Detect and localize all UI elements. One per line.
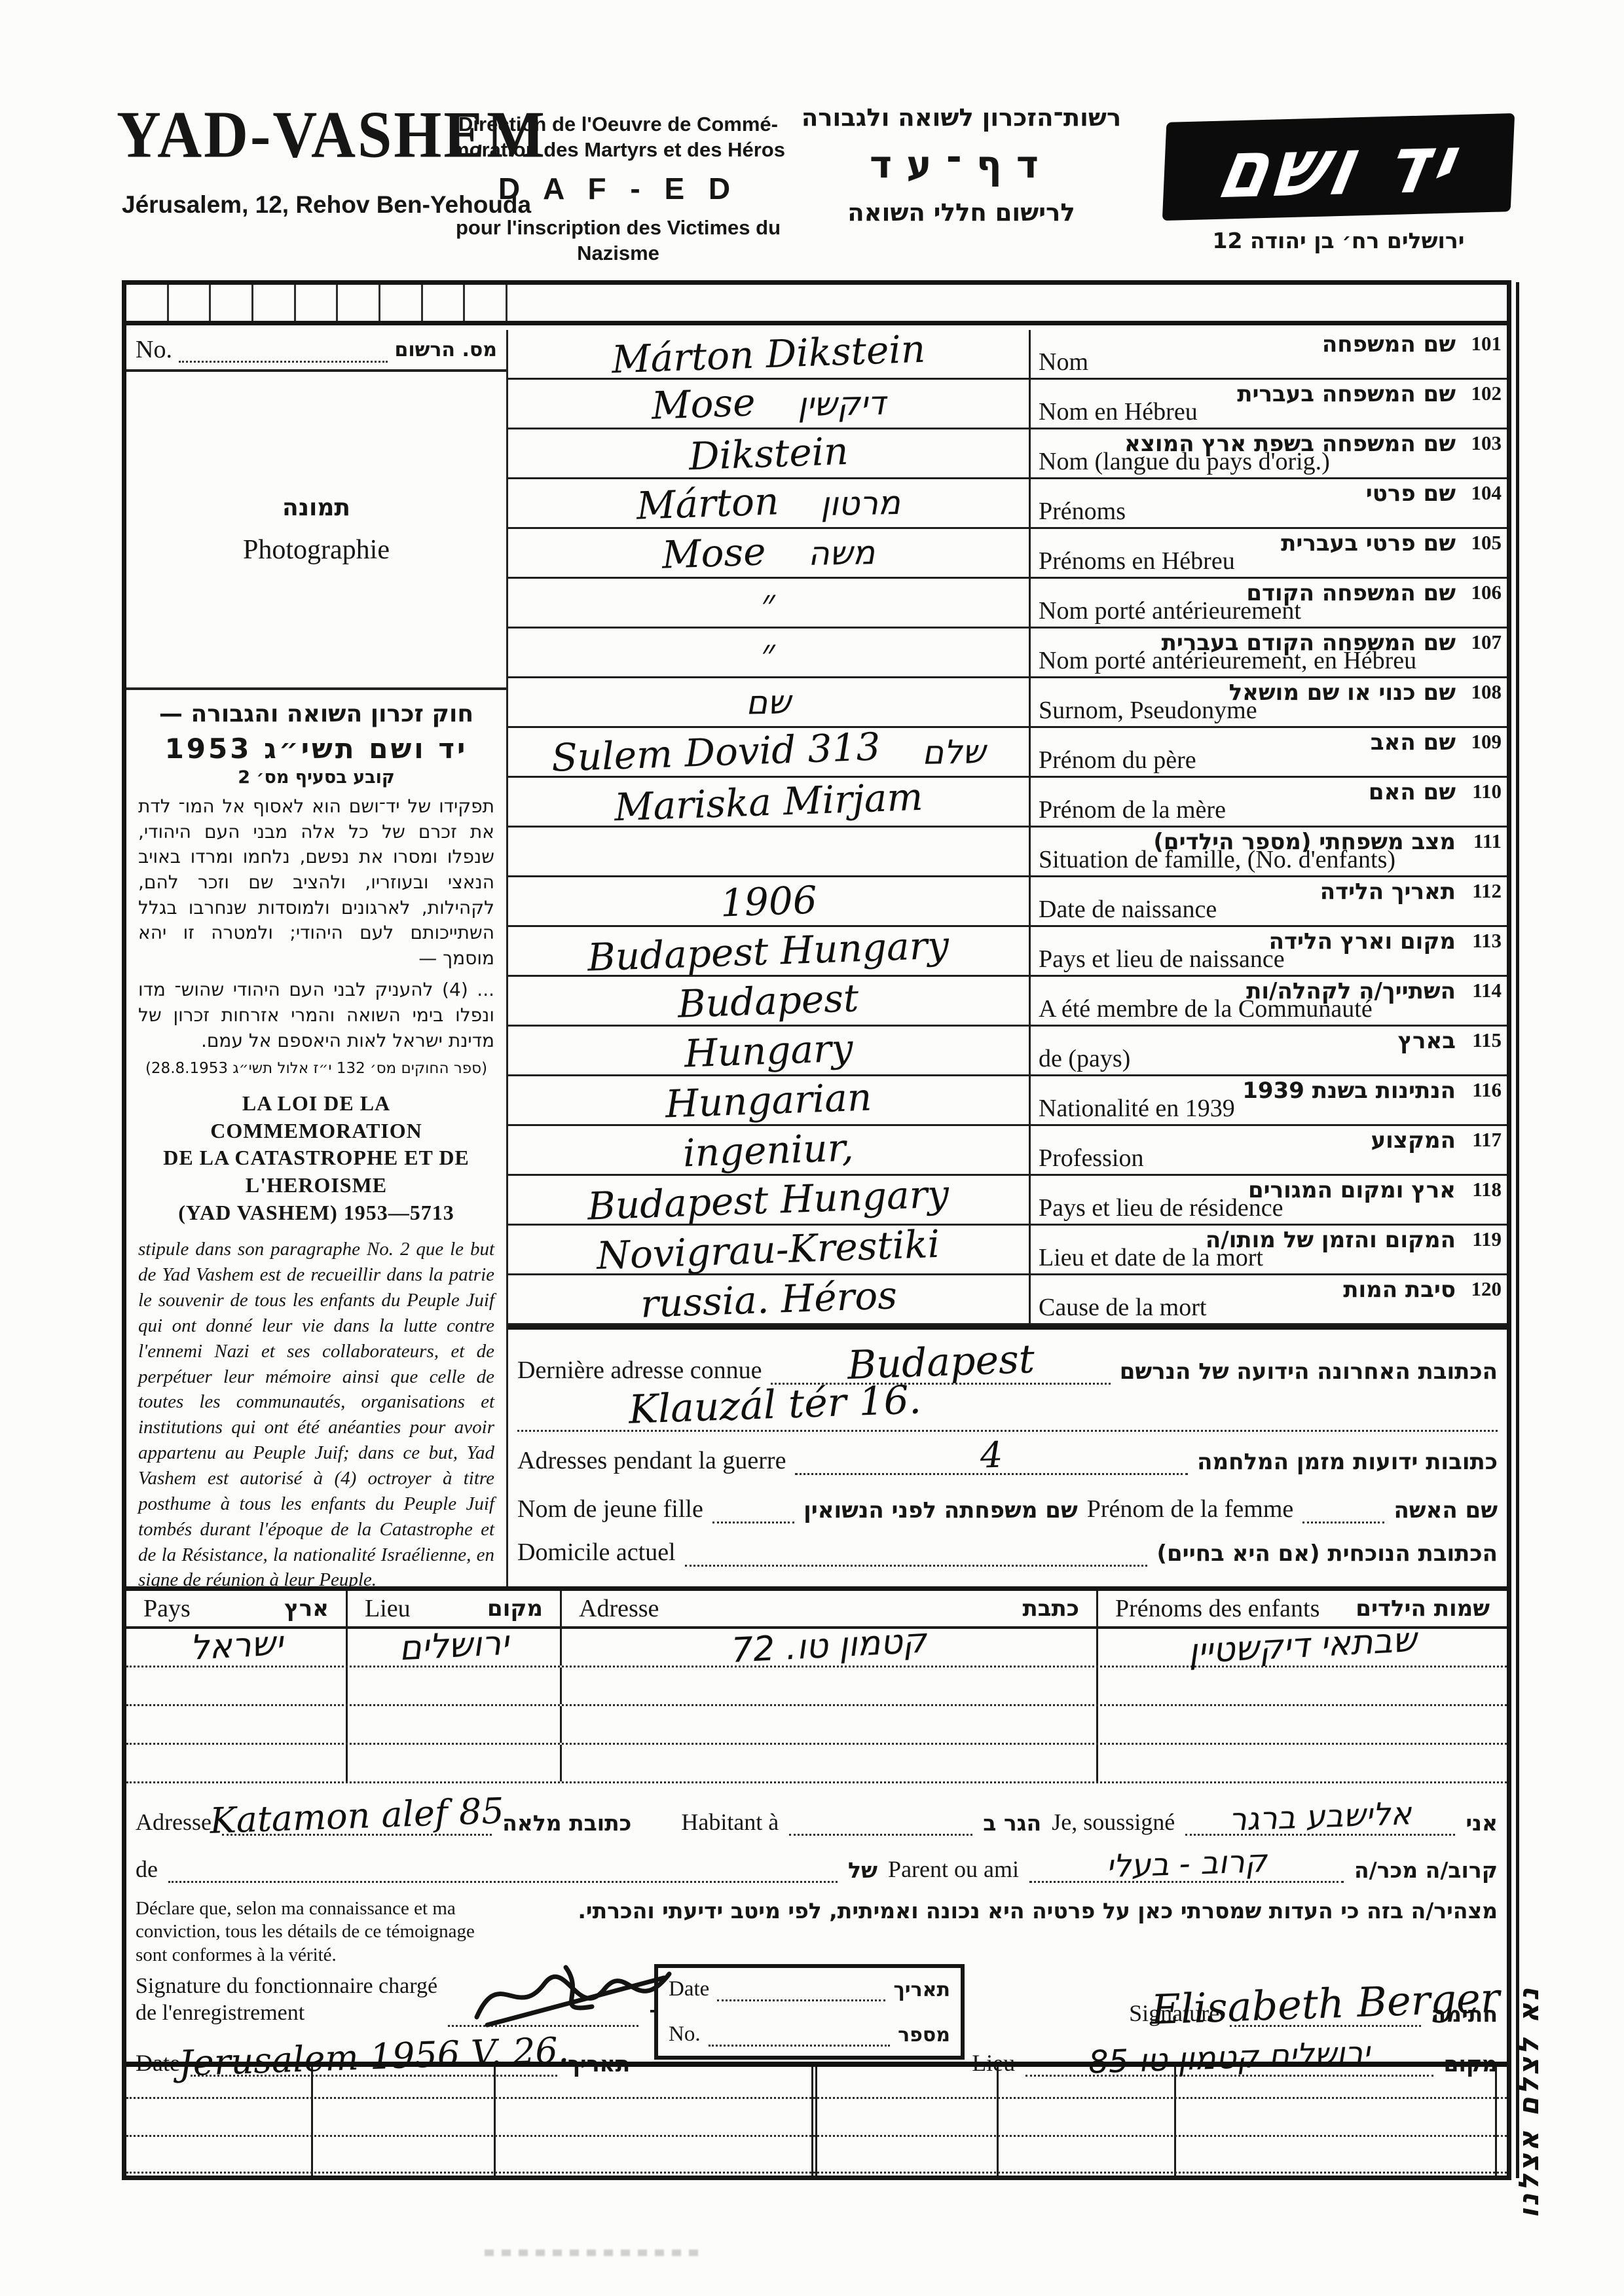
form-row: russia. Héros 120 סיבת המות Cause de la … (508, 1275, 1507, 1325)
row-value-area: ״ (508, 579, 1029, 627)
row-number: 106 (1471, 581, 1502, 604)
war-addresses-label-he: כתובות ידועות מזמן המלחמה (1197, 1449, 1498, 1475)
child-adresse-value: קטמון טו. 72 (731, 1621, 928, 1671)
form-row: Márton Dikstein 101 שם המשפחה Nom (508, 330, 1507, 380)
row-label-french: Surnom, Pseudonyme (1039, 696, 1257, 725)
row-labels: 103 שם המשפחה בשפת ארץ המוצא Nom (langue… (1029, 429, 1507, 477)
form-row: שם 108 שם כנוי או שם מושאל Surnom, Pseud… (508, 678, 1507, 728)
row-label-hebrew: שם האב (1371, 729, 1456, 756)
row-number: 118 (1472, 1178, 1502, 1201)
soussigne-label: Je, soussigné (1052, 1808, 1175, 1836)
row-label-hebrew: שם כנוי או שם מושאל (1229, 680, 1456, 706)
law-hebrew-title1: חוק זכרון השואה והגבורה — (138, 701, 494, 727)
war-addresses-label-fr: Adresses pendant la guerre (517, 1446, 786, 1475)
row-value-area: Dikstein (508, 429, 1029, 477)
date-field: Jerusalem 1956 V. 26. (191, 2049, 557, 2077)
hebrew-purpose-title: לרישום חללי השואה (798, 198, 1125, 227)
row-value-handwritten: Dikstein (688, 428, 849, 478)
row-labels: 107 שם המשפחה הקודם בעברית Nom porté ant… (1029, 629, 1507, 676)
row-labels: 119 המקום והזמן של מותו/ה Lieu et date d… (1029, 1226, 1507, 1273)
yad-vashem-logo: יד ושם (1162, 113, 1515, 221)
registry-box: Date תאריך No. מספר (654, 1964, 965, 2060)
row-value-area: russia. Héros (508, 1275, 1029, 1323)
war-addresses-value: 4 (980, 1434, 1004, 1476)
wife-name-label-fr: Prénom de la femme (1087, 1495, 1294, 1523)
row-label-french: Prénoms en Hébreu (1039, 547, 1235, 575)
domicile-label-he: הכתובת הנוכחית (אם היא בחיים) (1156, 1540, 1498, 1567)
form-row: Mariska Mirjam 110 שם האם Prénom de la m… (508, 778, 1507, 828)
row-value-area: Novigrau-Krestiki (508, 1226, 1029, 1273)
row-value-area: ingeniur, (508, 1126, 1029, 1174)
form-row: 111 מצב משפחתי (מספר הילדים) Situation d… (508, 828, 1507, 877)
row-value-area: Mose משה (508, 529, 1029, 577)
row-number: 102 (1471, 382, 1502, 405)
row-labels: 120 סיבת המות Cause de la mort (1029, 1275, 1507, 1323)
domicile-row: Domicile actuel הכתובת הנוכחית (אם היא ב… (517, 1538, 1498, 1567)
row-number: 101 (1471, 332, 1502, 355)
row-label-hebrew: סיבת המות (1343, 1277, 1456, 1303)
row-labels: 110 שם האם Prénom de la mère (1029, 778, 1507, 826)
row-label-hebrew: שם פרטי (1366, 481, 1456, 507)
side-note-handwritten: נא לצלם אצלנו (1513, 1986, 1545, 2189)
soussigne-value: אלישבע ברגר (1228, 1795, 1412, 1838)
photo-label-hebrew: תמונה (282, 494, 350, 521)
habitant-label: Habitant à (681, 1808, 779, 1836)
row-value-hebrew-handwritten: דיקשין (797, 384, 885, 423)
declarant-address-row: Adresse Katamon alef 85 כתובת מלאה Habit… (136, 1808, 1498, 1836)
row-label-hebrew: שם פרטי בעברית (1281, 530, 1456, 556)
purpose-line2: Nazisme (451, 240, 786, 266)
row-label-hebrew: שם המשפחה בעברית (1237, 381, 1456, 407)
adresse-label-he: כתובת מלאה (502, 1810, 631, 1836)
form-row: ״ 106 שם המשפחה הקודם Nom porté antérieu… (508, 579, 1507, 629)
official-signature-scrawl-icon (468, 1954, 684, 2033)
form-row: Márton מרטון 104 שם פרטי Prénoms (508, 479, 1507, 529)
row-label-french: Nationalité en 1939 (1039, 1094, 1235, 1123)
children-table: Pays ארץ Lieu מקום Adresse כתבת Prénoms … (126, 1586, 1507, 1783)
row-value-hebrew-handwritten: שם (746, 683, 792, 721)
row-label-french: de (pays) (1039, 1044, 1130, 1073)
maiden-name-label-he: שם משפחתה לפני הנשואין (803, 1497, 1078, 1523)
children-row-3 (126, 1706, 1507, 1745)
org-subtitle: Direction de l'Oeuvre de Commé- moration… (451, 111, 786, 266)
declaration-text-he: מצהיר/ה בזה כי העדות שמסרתי כאן על פרטיה… (519, 1897, 1498, 1925)
signature-field: Elisabeth Berger (1230, 1999, 1420, 2027)
law-hebrew-body1: תפקידו של יד־ושם הוא לאסוף אל המו־ לדת א… (138, 794, 494, 971)
row-value-handwritten: ״ (760, 630, 776, 675)
law-french-body: stipule dans son paragraphe No. 2 que le… (138, 1237, 494, 1586)
registration-number-row: No. מס. הרשום (126, 330, 506, 372)
official-signature-label: Signature du fonctionnaire chargé de l'e… (136, 1973, 437, 2027)
row-label-french: A été membre de la Communauté (1039, 994, 1373, 1023)
row-label-french: Lieu et date de la mort (1039, 1243, 1263, 1272)
row-value-area: Budapest Hungary (508, 927, 1029, 975)
row-value-handwritten: Mose (661, 529, 767, 577)
row-value-handwritten: Márton Dikstein (611, 326, 926, 382)
row-label-french: Date de naissance (1039, 895, 1217, 924)
row-labels: 109 שם האב Prénom du père (1029, 728, 1507, 776)
row-labels: 108 שם כנוי או שם מושאל Surnom, Pseudony… (1029, 678, 1507, 726)
children-row-1: ישראל ירושלים קטמון טו. 72 שבתאי דיקשטיי… (126, 1629, 1507, 1667)
row-labels: 117 המקצוע Profession (1029, 1126, 1507, 1174)
row-number: 109 (1471, 730, 1502, 754)
adresse-field: Katamon alef 85 (222, 1808, 492, 1836)
row-value-handwritten: Hungarian (665, 1074, 872, 1126)
last-address-value: Budapest (847, 1336, 1035, 1389)
form-row: Mose משה 105 שם פרטי בעברית Prénoms en H… (508, 529, 1507, 579)
row-labels: 113 מקום וארץ הלידה Pays et lieu de nais… (1029, 927, 1507, 975)
last-address-row: Dernière adresse connue Budapest הכתובת … (517, 1356, 1498, 1385)
children-table-header: Pays ארץ Lieu מקום Adresse כתבת Prénoms … (126, 1591, 1507, 1629)
parent-he-prefix: של (848, 1857, 877, 1883)
law-french-title: LA LOI DE LA COMMEMORATION DE LA CATASTR… (138, 1090, 494, 1226)
de-label: de (136, 1855, 158, 1883)
addresses-section: Dernière adresse connue Budapest הכתובת … (508, 1325, 1507, 1586)
row-label-french: Pays et lieu de résidence (1039, 1194, 1283, 1222)
row-label-hebrew: המקצוע (1371, 1127, 1456, 1154)
row-label-hebrew: תאריך הלידה (1320, 879, 1456, 905)
row-number: 104 (1471, 481, 1502, 505)
row-value-area: Budapest Hungary (508, 1176, 1029, 1224)
row-label-hebrew: הנתינות בשנת 1939 (1242, 1078, 1456, 1104)
row-labels: 118 ארץ ומקום המגורים Pays et lieu de ré… (1029, 1176, 1507, 1224)
row-value-area: Hungarian (508, 1076, 1029, 1124)
row-value-handwritten: Budapest Hungary (587, 1171, 950, 1228)
row-value-handwritten: Novigrau-Krestiki (596, 1221, 940, 1277)
row-number: 115 (1472, 1029, 1502, 1052)
last-address-line2: Klauzál tér 16. (517, 1389, 1498, 1432)
logo-address: ירושלים רח׳ בן יהודה 12 (1164, 228, 1513, 253)
hebrew-header: רשות־הזכרון לשואה ולגבורה דף־עד לרישום ח… (798, 103, 1125, 227)
row-number: 110 (1472, 780, 1502, 803)
row-value-area: ״ (508, 629, 1029, 676)
form-row: Hungarian 116 הנתינות בשנת 1939 National… (508, 1076, 1507, 1126)
form-row: Budapest 114 השתייך/ה לקהלה/ות A été mem… (508, 977, 1507, 1027)
law-hebrew-body2: ... (4) להעניק לבני העם היהודי שהוש־ מדו… (138, 977, 494, 1053)
row-value-handwritten: ״ (760, 580, 776, 625)
form-row: Budapest Hungary 118 ארץ ומקום המגורים P… (508, 1176, 1507, 1226)
row-label-french: Nom en Hébreu (1039, 397, 1198, 426)
last-address-label-fr: Dernière adresse connue (517, 1356, 762, 1385)
no-label: No. (136, 335, 172, 364)
yad-vashem-logo-text: יד ושם (1210, 118, 1467, 216)
children-row-2 (126, 1667, 1507, 1706)
row-label-french: Situation de famille, (No. d'enfants) (1039, 845, 1395, 874)
registry-box-date-row: Date תאריך (669, 1977, 950, 2001)
row-labels: 106 שם המשפחה הקודם Nom porté antérieure… (1029, 579, 1507, 627)
form-row: Dikstein 103 שם המשפחה בשפת ארץ המוצא No… (508, 429, 1507, 479)
declaration-statement-row: Déclare que, selon ma connaissance et ma… (136, 1897, 1498, 1967)
habitant-label-he: הגר ב (983, 1810, 1041, 1836)
row-label-french: Pays et lieu de naissance (1039, 945, 1285, 974)
row-number: 105 (1471, 531, 1502, 555)
child-pays-value: ישראל (189, 1624, 284, 1667)
row-label-french: Prénom du père (1039, 746, 1196, 774)
row-label-french: Nom (1039, 348, 1088, 376)
form-row: Budapest Hungary 113 מקום וארץ הלידה Pay… (508, 927, 1507, 977)
row-value-area: Mose דיקשין (508, 380, 1029, 428)
row-number: 107 (1471, 630, 1502, 654)
row-number: 120 (1471, 1277, 1502, 1301)
wife-name-label-he: שם האשה (1393, 1497, 1498, 1523)
pencil-smudge (485, 2250, 701, 2256)
row-number: 103 (1471, 431, 1502, 455)
law-hebrew-title3: קובע בסעיף מס׳ 2 (138, 767, 494, 788)
row-value-area: Márton Dikstein (508, 330, 1029, 378)
daf-ed-testimony-page: YAD-VASHEM Jérusalem, 12, Rehov Ben-Yeho… (0, 0, 1624, 2296)
number-boxes (126, 285, 507, 321)
child-lieu-value: ירושלים (398, 1624, 510, 1669)
row-labels: 102 שם המשפחה בעברית Nom en Hébreu (1029, 380, 1507, 428)
row-value-handwritten: Márton (636, 479, 780, 528)
row-value-handwritten: ingeniur, (682, 1125, 855, 1175)
row-labels: 111 מצב משפחתי (מספר הילדים) Situation d… (1029, 828, 1507, 875)
row-value-handwritten: Sulem Dovid 313 (551, 724, 881, 780)
war-addresses-field: 4 (795, 1446, 1188, 1475)
declaration-section: Adresse Katamon alef 85 כתובת מלאה Habit… (126, 1786, 1507, 2062)
row-value-area: 1906 (508, 877, 1029, 925)
maiden-name-label-fr: Nom de jeune fille (517, 1495, 703, 1523)
hebrew-authority-title: רשות־הזכרון לשואה ולגבורה (798, 103, 1125, 132)
row-number: 108 (1471, 680, 1502, 704)
top-number-strip (126, 285, 1507, 325)
row-label-french: Nom porté antérieurement (1039, 596, 1301, 625)
purpose-line1: pour l'inscription des Victimes du (451, 215, 786, 240)
parent-ami-label: Parent ou ami (888, 1855, 1019, 1883)
row-labels: 116 הנתינות בשנת 1939 Nationalité en 193… (1029, 1076, 1507, 1124)
war-addresses-row: Adresses pendant la guerre 4 כתובות ידוע… (517, 1446, 1498, 1475)
law-text-column: חוק זכרון השואה והגבורה — יד ושם תשי״ג 1… (126, 690, 506, 1586)
row-labels: 104 שם פרטי Prénoms (1029, 479, 1507, 527)
row-number: 119 (1472, 1228, 1502, 1251)
row-value-hebrew-handwritten: משה (807, 534, 875, 573)
last-address-label-he: הכתובת האחרונה הידועה של הנרשם (1120, 1358, 1498, 1385)
soussigne-field: אלישבע ברגר (1185, 1808, 1455, 1836)
row-value-handwritten: russia. Héros (639, 1273, 897, 1326)
children-header-lieu: Lieu מקום (348, 1591, 562, 1626)
soussigne-label-he: אני (1466, 1810, 1498, 1836)
row-value-handwritten: Mose (651, 380, 756, 428)
form-row: ״ 107 שם המשפחה הקודם בעברית Nom porté a… (508, 629, 1507, 678)
row-number: 114 (1472, 979, 1502, 1002)
parent-ami-field: קרוב - בעלי (1029, 1855, 1344, 1883)
row-label-hebrew: שם המשפחה (1322, 331, 1456, 357)
registry-no-label-he: מספר (898, 2024, 950, 2047)
row-number: 116 (1472, 1078, 1502, 1102)
children-header-prenoms: Prénoms des enfants שמות הילדים (1098, 1591, 1507, 1626)
row-label-french: Prénom de la mère (1039, 795, 1226, 824)
row-labels: 115 בארץ de (pays) (1029, 1027, 1507, 1074)
maiden-name-row: Nom de jeune fille שם משפחתה לפני הנשואי… (517, 1495, 1498, 1523)
row-labels: 114 השתייך/ה לקהלה/ות A été membre de la… (1029, 977, 1507, 1025)
row-value-handwritten: 1906 (720, 877, 818, 925)
form-row: Mose דיקשין 102 שם המשפחה בעברית Nom en … (508, 380, 1507, 429)
no-dotted-line (179, 337, 388, 363)
law-hebrew-reference: (ספר החוקים מס׳ 132 י״ז אלול תשי״ג 28.8.… (138, 1060, 494, 1077)
parent-ami-label-he: קרוב/ה מכר/ה (1354, 1857, 1498, 1883)
row-number: 113 (1472, 929, 1502, 953)
domicile-label-fr: Domicile actuel (517, 1538, 676, 1567)
form-row: Hungary 115 בארץ de (pays) (508, 1027, 1507, 1076)
children-row-4 (126, 1745, 1507, 1783)
row-value-hebrew-handwritten: שלם (922, 733, 986, 772)
row-value-handwritten: Budapest (677, 975, 859, 1027)
row-value-area (508, 828, 1029, 875)
form-row: 1906 112 תאריך הלידה Date de naissance (508, 877, 1507, 927)
law-hebrew-title2: יד ושם תשי״ג 1953 (138, 733, 494, 765)
row-labels: 112 תאריך הלידה Date de naissance (1029, 877, 1507, 925)
row-value-handwritten: Hungary (684, 1025, 854, 1076)
row-value-handwritten: Mariska Mirjam (614, 774, 923, 829)
row-value-hebrew-handwritten: מרטון (821, 483, 901, 522)
adresse-label: Adresse (136, 1808, 212, 1836)
row-labels: 105 שם פרטי בעברית Prénoms en Hébreu (1029, 529, 1507, 577)
org-line1: Direction de l'Oeuvre de Commé- (451, 111, 786, 137)
row-label-hebrew: מקום וארץ הלידה (1269, 928, 1456, 955)
official-signature-field (448, 1999, 638, 2027)
children-header-pays: Pays ארץ (126, 1591, 348, 1626)
daf-ed-title: D A F - E D (451, 170, 786, 208)
row-label-french: Profession (1039, 1144, 1143, 1173)
registry-date-label-he: תאריך (893, 1978, 950, 2001)
adresse-value: Katamon alef 85 (209, 1790, 504, 1842)
form-row: Novigrau-Krestiki 119 המקום והזמן של מות… (508, 1226, 1507, 1275)
parent-ami-row: de של Parent ou ami קרוב - בעלי קרוב/ה מ… (136, 1855, 1498, 1883)
registry-box-no-row: No. מספר (669, 2022, 950, 2047)
photo-label-french: Photographie (243, 534, 390, 566)
row-value-area: Hungary (508, 1027, 1029, 1074)
photo-placeholder: תמונה Photographie (126, 372, 506, 690)
row-value-area: Sulem Dovid 313 שלם (508, 728, 1029, 776)
hebrew-daf-ed-title: דף־עד (798, 142, 1125, 187)
children-header-adresse: Adresse כתבת (562, 1591, 1098, 1626)
row-label-hebrew: שם האם (1369, 779, 1456, 805)
row-number: 111 (1473, 829, 1502, 853)
parent-ami-value: קרוב - בעלי (1105, 1843, 1267, 1886)
row-label-hebrew: בארץ (1398, 1028, 1456, 1054)
row-value-area: Márton מרטון (508, 479, 1029, 527)
row-labels: 101 שם המשפחה Nom (1029, 330, 1507, 378)
row-value-area: שם (508, 678, 1029, 726)
row-label-french: Cause de la mort (1039, 1293, 1206, 1322)
row-value-area: Mariska Mirjam (508, 778, 1029, 826)
form-row: ingeniur, 117 המקצוע Profession (508, 1126, 1507, 1176)
form-row: Sulem Dovid 313 שלם 109 שם האב Prénom du… (508, 728, 1507, 778)
row-label-french: Nom (langue du pays d'orig.) (1039, 447, 1330, 476)
row-label-french: Prénoms (1039, 497, 1126, 526)
org-line2: moration des Martyrs et des Héros (451, 137, 786, 162)
row-number: 117 (1472, 1128, 1502, 1152)
row-label-french: Nom porté antérieurement, en Hébreu (1039, 646, 1416, 675)
row-value-handwritten: Budapest Hungary (587, 922, 950, 979)
row-value-area: Budapest (508, 977, 1029, 1025)
row-number: 112 (1472, 879, 1502, 903)
form-rows: Márton Dikstein 101 שם המשפחה Nom Mose ד… (508, 330, 1507, 1325)
testimony-form: No. מס. הרשום תמונה Photographie חוק זכר… (122, 280, 1511, 2180)
no-label-hebrew: מס. הרשום (394, 338, 497, 361)
declaration-text-fr: Déclare que, selon ma connaissance et ma… (136, 1897, 502, 1967)
